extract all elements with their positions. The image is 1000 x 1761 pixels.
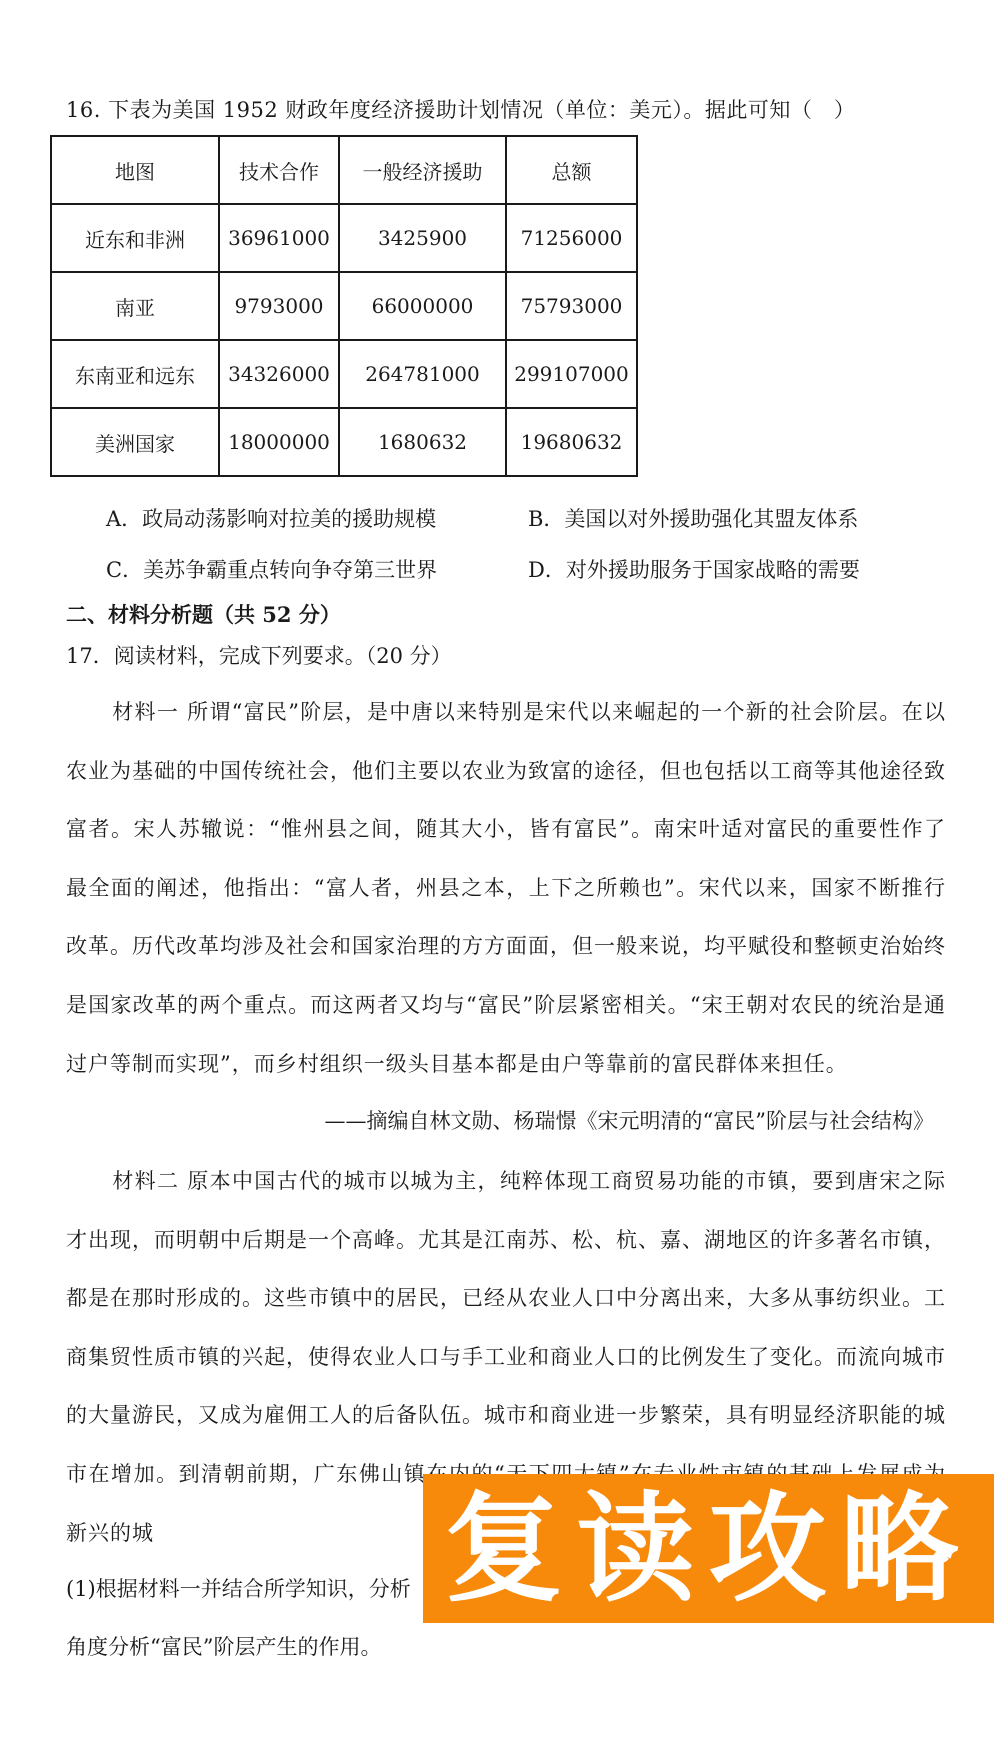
table-cell: 66000000 — [339, 272, 506, 340]
table-cell: 75793000 — [506, 272, 637, 340]
table-cell-region: 南亚 — [51, 272, 219, 340]
table-cell: 36961000 — [219, 204, 339, 272]
watermark-banner: 复读攻略 — [423, 1474, 994, 1623]
question-16-stem: 16. 下表为美国 1952 财政年度经济援助计划情况（单位：美元）。据此可知（… — [66, 94, 855, 124]
sub-question-1-line-1: (1)根据材料一并结合所学知识，分析 — [66, 1573, 411, 1603]
material-1: 材料一 所谓“富民”阶层，是中唐以来特别是宋代以来崛起的一个新的社会阶层。在以农… — [66, 683, 946, 1093]
table-cell-region: 东南亚和远东 — [51, 340, 219, 408]
table-cell: 18000000 — [219, 408, 339, 476]
table-cell: 34326000 — [219, 340, 339, 408]
aid-table: 地图 技术合作 一般经济援助 总额 近东和非洲 36961000 3425900… — [50, 135, 638, 477]
table-cell-region: 美洲国家 — [51, 408, 219, 476]
option-c[interactable]: C．美苏争霸重点转向争夺第三世界 — [106, 554, 437, 584]
table-header: 总额 — [506, 136, 637, 204]
table-cell: 3425900 — [339, 204, 506, 272]
table-header: 地图 — [51, 136, 219, 204]
table-cell: 9793000 — [219, 272, 339, 340]
table-cell: 299107000 — [506, 340, 637, 408]
material-1-source: ——摘编自林文勋、杨瑞憬《宋元明清的“富民”阶层与社会结构》 — [325, 1105, 934, 1135]
table-header-row: 地图 技术合作 一般经济援助 总额 — [51, 136, 637, 204]
table-cell: 19680632 — [506, 408, 637, 476]
table-row: 东南亚和远东 34326000 264781000 299107000 — [51, 340, 637, 408]
material-1-text: 材料一 所谓“富民”阶层，是中唐以来特别是宋代以来崛起的一个新的社会阶层。在以农… — [66, 700, 946, 1076]
table-cell: 264781000 — [339, 340, 506, 408]
question-17-stem: 17．阅读材料，完成下列要求。（20 分） — [66, 640, 452, 670]
table-row: 近东和非洲 36961000 3425900 71256000 — [51, 204, 637, 272]
option-b[interactable]: B．美国以对外援助强化其盟友体系 — [528, 503, 858, 533]
watermark-text: 复读攻略 — [444, 1490, 972, 1608]
table-header: 一般经济援助 — [339, 136, 506, 204]
table-cell-region: 近东和非洲 — [51, 204, 219, 272]
table-row: 南亚 9793000 66000000 75793000 — [51, 272, 637, 340]
sub-question-1-line-2: 角度分析“富民”阶层产生的作用。 — [66, 1631, 381, 1661]
option-a[interactable]: A．政局动荡影响对拉美的援助规模 — [106, 503, 436, 533]
table-cell: 71256000 — [506, 204, 637, 272]
section-2-title: 二、材料分析题（共 52 分） — [66, 599, 341, 629]
table-header: 技术合作 — [219, 136, 339, 204]
option-d[interactable]: D．对外援助服务于国家战略的需要 — [528, 554, 860, 584]
table-row: 美洲国家 18000000 1680632 19680632 — [51, 408, 637, 476]
table-cell: 1680632 — [339, 408, 506, 476]
